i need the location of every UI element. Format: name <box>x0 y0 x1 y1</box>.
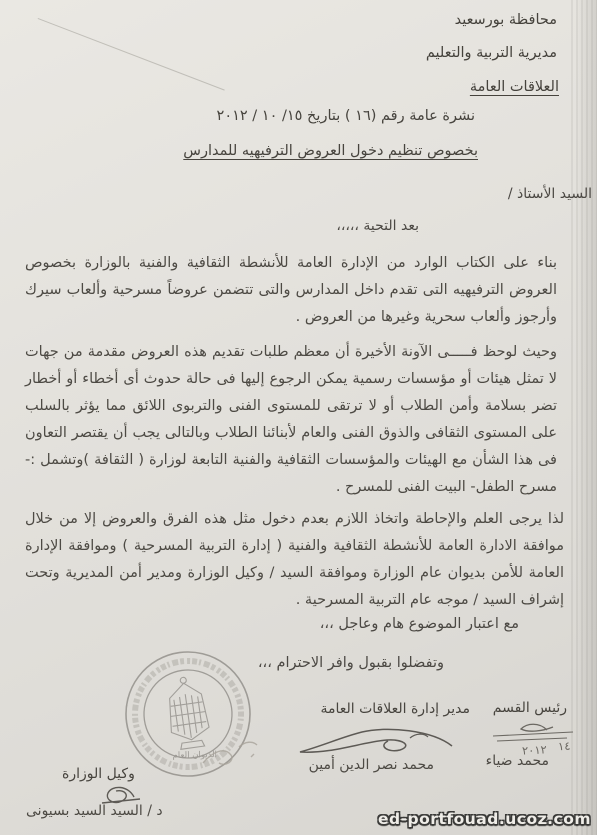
addressee-line: السيد الأستاذ / <box>508 186 592 202</box>
letterhead-department: العلاقات العامة <box>470 79 559 95</box>
urgency-line: مع اعتبار الموضوع هام وعاجل ،،، <box>320 616 519 632</box>
subject-line: بخصوص تنظيم دخول العروض الترفيهيه للمدار… <box>183 143 478 159</box>
greeting-line: بعد التحية ،،،،، <box>336 218 419 234</box>
scanned-letter-page: محافظة بورسعيد مديرية التربية والتعليم ا… <box>0 0 597 835</box>
body-paragraph-2: وحيث لوحظ فـــــى الآونة الأخيرة أن معظم… <box>25 339 557 501</box>
letterhead-directorate: مديرية التربية والتعليم <box>426 45 557 61</box>
undersecretary-title: وكيل الوزارة <box>62 766 135 782</box>
pencil-scribble-icon <box>195 733 265 778</box>
letterhead-governorate: محافظة بورسعيد <box>455 12 557 28</box>
bulletin-number-date-line: نشرة عامة رقم (١٦ ) بتاريخ ١٥/ ١٠ / ٢٠١٢ <box>217 108 475 124</box>
closing-courtesy-line: وتفضلوا بقبول وافر الاحترام ،،، <box>258 655 444 671</box>
scan-scratch-artifact <box>38 18 225 91</box>
section-head-name: محمد ضياء <box>486 753 549 769</box>
section-head-handwritten-day: ١٤ <box>557 739 570 754</box>
scan-edge-artifact <box>571 0 597 835</box>
pr-director-title: مدير إدارة العلاقات العامة <box>320 701 470 717</box>
undersecretary-name: د / السيد السيد بسيونى <box>26 803 163 819</box>
section-head-title: رئيس القسم <box>493 700 567 716</box>
pr-director-name: محمد نصر الدين أمين <box>309 757 434 773</box>
watermark-url: ed-portfouad.ucoz.com <box>378 810 591 828</box>
pr-director-signature-icon <box>292 724 457 760</box>
body-paragraph-1: بناء على الكتاب الوارد من الإدارة العامة… <box>25 250 557 331</box>
body-paragraph-3: لذا يرجى العلم والإحاطة واتخاذ اللازم بع… <box>25 506 564 614</box>
